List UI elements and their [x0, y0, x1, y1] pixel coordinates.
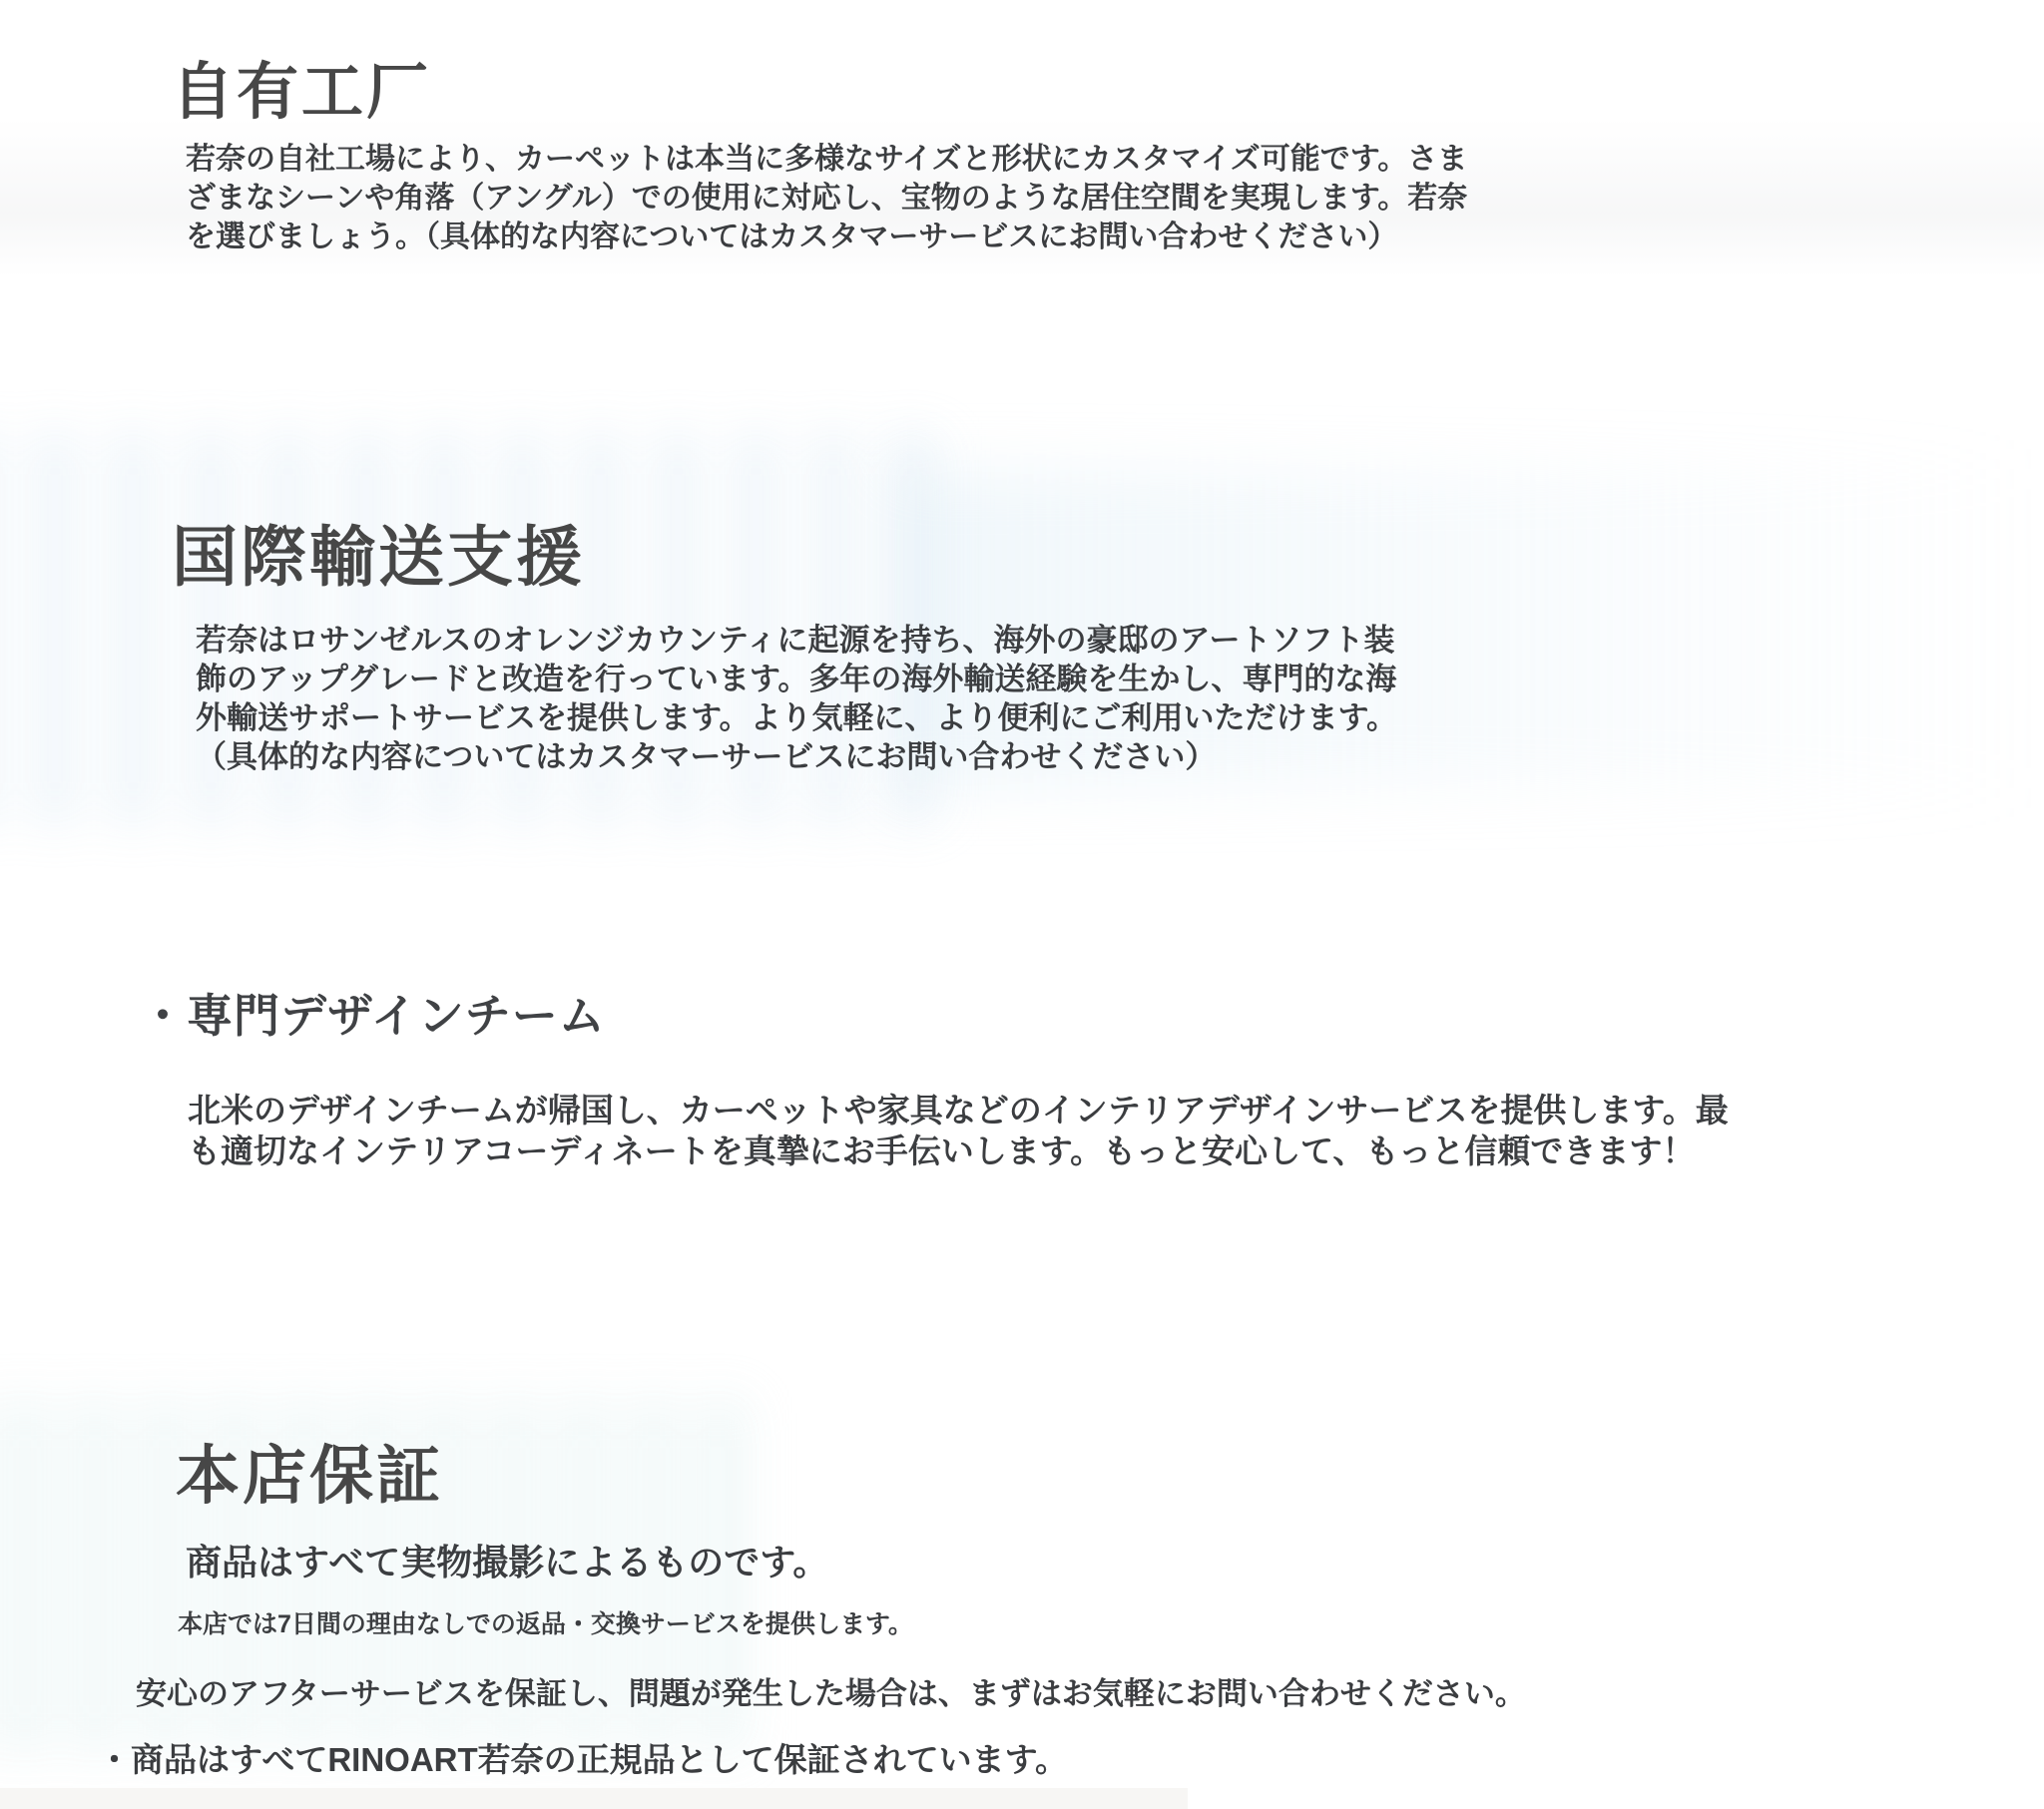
intl-shipping-text-line: （具体的な内容についてはカスタマーサービスにお問い合わせください） [196, 737, 1397, 776]
intl-shipping-text-line: 外輸送サポートサービスを提供します。より気軽に、より便利にご利用いただけます。 [196, 698, 1397, 737]
design-team-text-line: 北米のデザインチームが帰国し、カーペットや家具などのインテリアデザインサービスを… [188, 1090, 1729, 1131]
guarantee-return-policy-line: 本店では7日間の理由なしでの返品・交換サービスを提供します。 [178, 1604, 913, 1640]
design-team-text-line: も適切なインテリアコーディネートを真摯にお手伝いします。もっと安心して、もっと信… [188, 1131, 1729, 1171]
intl-shipping-text-line: 飾のアップグレードと改造を行っています。多年の海外輸送経験を生かし、専門的な海 [196, 660, 1397, 698]
own-factory-text-line: ざまなシーンや角落（アングル）での使用に対応し、宝物のような居住空間を実現します… [186, 179, 1467, 218]
intl-shipping-heading: 国際輸送支援 [172, 504, 585, 599]
design-team-heading: ・専門デザインチーム [140, 980, 606, 1046]
guarantee-real-photo-line: 商品はすべて実物撮影によるものです。 [186, 1535, 828, 1585]
own-factory-heading: 自有工厂 [172, 42, 431, 131]
intl-shipping-text-line: 若奈はロサンゼルスのオレンジカウンティに起源を持ち、海外の豪邸のアートソフト装 [196, 621, 1397, 660]
product-description-page: { "page": { "background_color": "#ffffff… [0, 0, 2044, 1809]
own-factory-text-line: 若奈の自社工場により、カーペットは本当に多様なサイズと形状にカスタマイズ可能です… [186, 140, 1467, 179]
guarantee-authentic-line: ・商品はすべてRINOART若奈の正規品として保証されています。 [98, 1734, 1068, 1781]
guarantee-after-service-line: 安心のアフターサービスを保証し、問題が発生した場合は、まずはお気軽にお問い合わせ… [136, 1668, 1526, 1713]
own-factory-text-line: を選びましょう。（具体的な内容についてはカスタマーサービスにお問い合わせください… [186, 218, 1467, 256]
guarantee-heading: 本店保証 [176, 1425, 443, 1517]
background-bottom-strip [0, 1788, 1188, 1809]
